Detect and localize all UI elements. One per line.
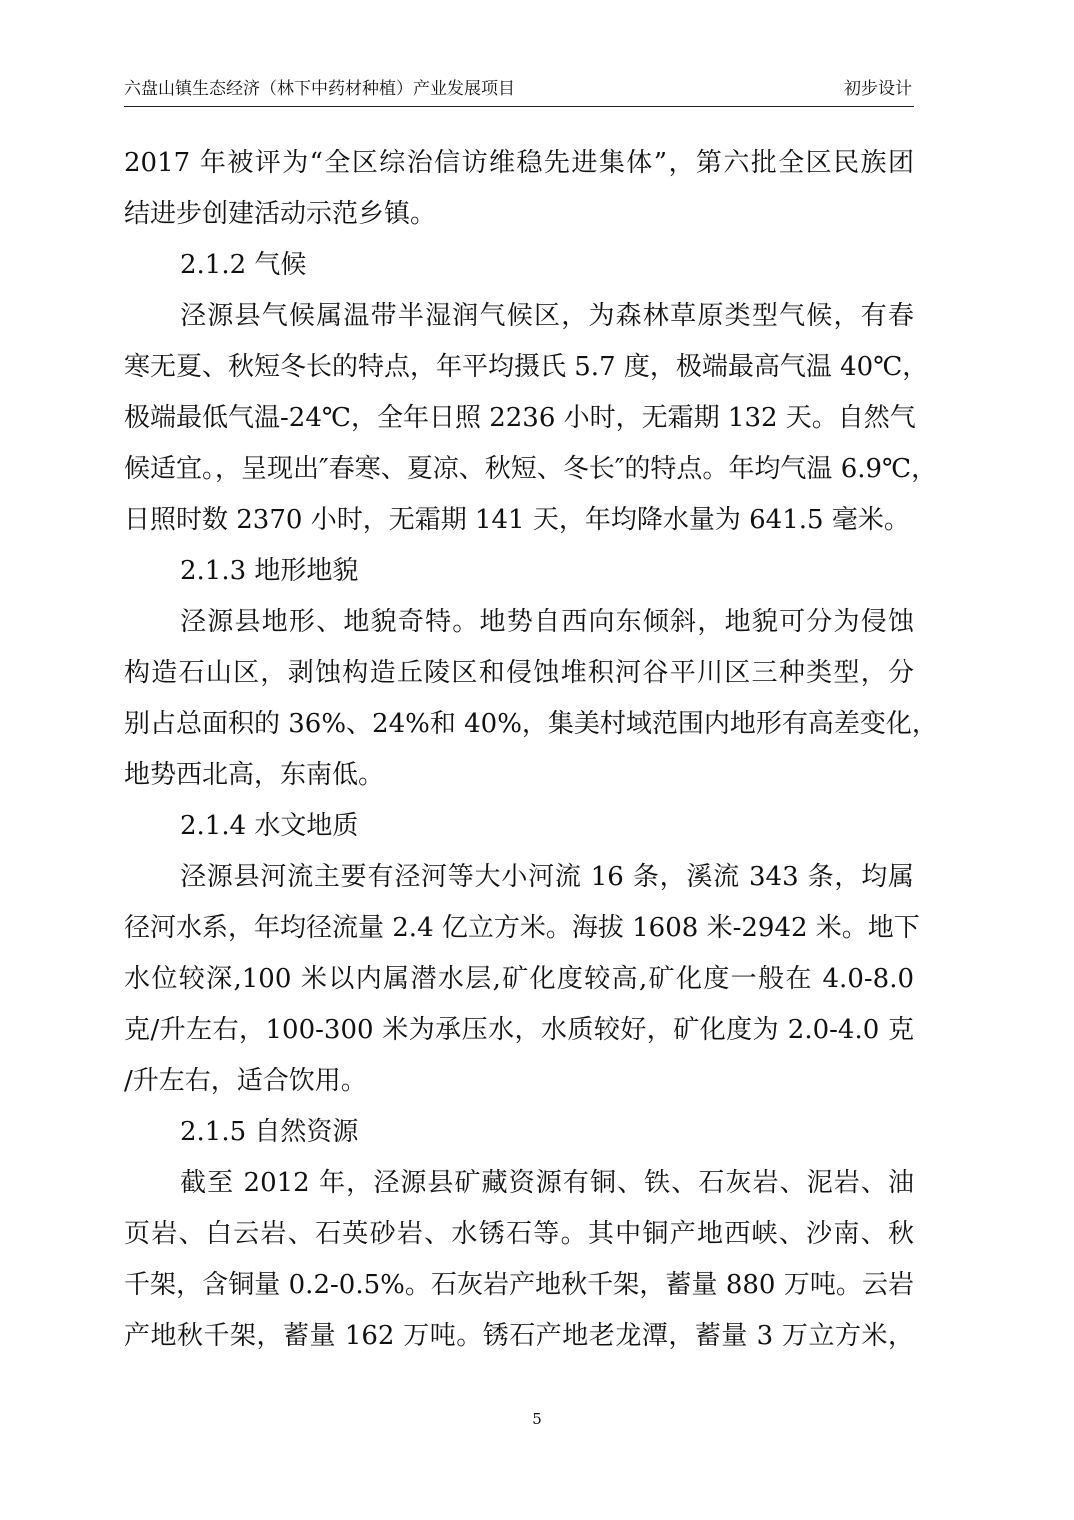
document-section-label: 初步设计 [844, 76, 912, 102]
section-heading: 2.1.2 气候 [124, 242, 914, 293]
paragraph-line: 径河水系，年均径流量 2.4 亿立方米。海拔 1608 米-2942 米。地下 [124, 905, 914, 956]
paragraph-line: 页岩、白云岩、石英砂岩、水锈石等。其中铜产地西峡、沙南、秋 [124, 1211, 914, 1262]
section-terrain: 2.1.3 地形地貌 泾源县地形、地貌奇特。地势自西向东倾斜，地貌可分为侵蚀 构… [124, 548, 914, 803]
paragraph-line: 千架，含铜量 0.2-0.5%。石灰岩产地秋千架，蓄量 880 万吨。云岩 [124, 1262, 914, 1313]
paragraph-line: 极端最低气温-24℃，全年日照 2236 小时，无霜期 132 天。自然气 [124, 395, 914, 446]
paragraph-line: 地势西北高，东南低。 [124, 752, 914, 803]
paragraph-line: 泾源县河流主要有泾河等大小河流 16 条，溪流 343 条，均属 [124, 854, 914, 905]
intro-paragraph: 2017 年被评为“全区综治信访维稳先进集体”，第六批全区民族团 结进步创建活动… [124, 140, 914, 242]
paragraph-line: 泾源县气候属温带半湿润气候区，为森林草原类型气候，有春 [124, 293, 914, 344]
paragraph-line: 泾源县地形、地貌奇特。地势自西向东倾斜，地貌可分为侵蚀 [124, 599, 914, 650]
section-heading: 2.1.5 自然资源 [124, 1109, 914, 1160]
paragraph-line: 产地秋千架，蓄量 162 万吨。锈石产地老龙潭，蓄量 3 万立方米， [124, 1313, 914, 1364]
paragraph-line: 寒无夏、秋短冬长的特点，年平均摄氏 5.7 度，极端最高气温 40℃， [124, 344, 914, 395]
paragraph-line: 截至 2012 年，泾源县矿藏资源有铜、铁、石灰岩、泥岩、油 [124, 1160, 914, 1211]
section-heading: 2.1.4 水文地质 [124, 803, 914, 854]
section-natural-resources: 2.1.5 自然资源 截至 2012 年，泾源县矿藏资源有铜、铁、石灰岩、泥岩、… [124, 1109, 914, 1364]
paragraph-line: 克/升左右，100-300 米为承压水，水质较好，矿化度为 2.0-4.0 克 [124, 1007, 914, 1058]
section-heading: 2.1.3 地形地貌 [124, 548, 914, 599]
paragraph-line: 候适宜。，呈现出″春寒、夏凉、秋短、冬长″的特点。年均气温 6.9℃， [124, 446, 914, 497]
page-header: 六盘山镇生态经济（林下中药材种植）产业发展项目 初步设计 [124, 76, 914, 107]
paragraph-line: /升左右，适合饮用。 [124, 1058, 914, 1109]
paragraph-line: 别占总面积的 36%、24%和 40%，集美村域范围内地形有高差变化， [124, 701, 914, 752]
paragraph-line: 日照时数 2370 小时，无霜期 141 天，年均降水量为 641.5 毫米。 [124, 497, 914, 548]
paragraph-line: 2017 年被评为“全区综治信访维稳先进集体”，第六批全区民族团 [124, 140, 914, 191]
paragraph-line: 构造石山区，剥蚀构造丘陵区和侵蚀堆积河谷平川区三种类型，分 [124, 650, 914, 701]
page-number: 5 [0, 1410, 1074, 1428]
section-climate: 2.1.2 气候 泾源县气候属温带半湿润气候区，为森林草原类型气候，有春 寒无夏… [124, 242, 914, 548]
paragraph-line: 水位较深,100 米以内属潜水层,矿化度较高,矿化度一般在 4.0-8.0 [124, 956, 914, 1007]
paragraph-line: 结进步创建活动示范乡镇。 [124, 191, 914, 242]
page-body: 2017 年被评为“全区综治信访维稳先进集体”，第六批全区民族团 结进步创建活动… [124, 140, 914, 1364]
document-title: 六盘山镇生态经济（林下中药材种植）产业发展项目 [124, 76, 515, 102]
section-hydrogeology: 2.1.4 水文地质 泾源县河流主要有泾河等大小河流 16 条，溪流 343 条… [124, 803, 914, 1109]
